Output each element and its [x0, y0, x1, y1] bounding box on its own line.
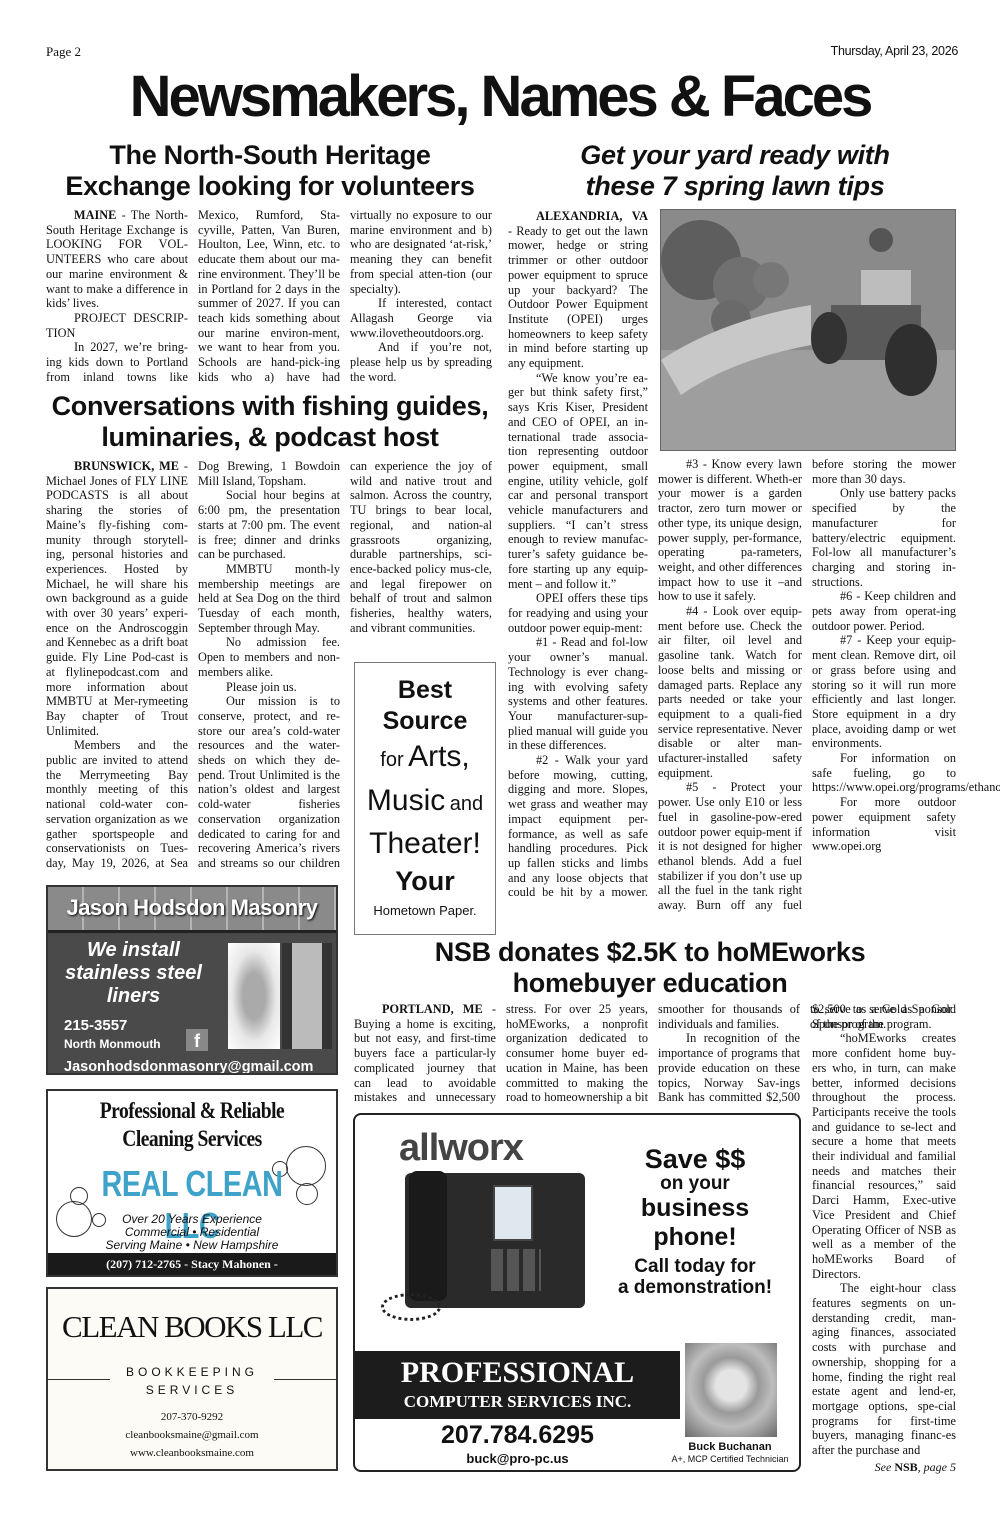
lawn-paragraph: - Ready to get out the lawn mower, hedge…: [508, 224, 648, 370]
pcs-pitch-line: business: [595, 1194, 795, 1223]
lawn-headline: Get your yard ready with these 7 spring …: [505, 140, 965, 202]
fishing-dateline: BRUNSWICK, ME: [74, 459, 179, 473]
real-clean-details: Over 20 Years Experience Commercial • Re…: [48, 1213, 336, 1252]
lawn-paragraph: #6 - Keep children and pets away from op…: [812, 589, 956, 633]
jump-prefix: See: [875, 1460, 895, 1474]
heritage-headline: The North-South Heritage Exchange lookin…: [40, 140, 500, 202]
facebook-icon: f: [186, 1029, 208, 1051]
phone-handset-image: [409, 1171, 447, 1301]
lawn-body: ALEXANDRIA, VA - Ready to get out the la…: [508, 209, 956, 927]
pcs-ad: allworx Save $$ on your business phone! …: [353, 1113, 801, 1472]
clean-books-brand: CLEAN BOOKS LLC: [48, 1309, 336, 1345]
lawn-column-1: ALEXANDRIA, VA - Ready to get out the la…: [508, 209, 648, 927]
best-source-line: Music: [367, 784, 445, 817]
clean-books-email: cleanbooksmaine@gmail.com: [48, 1429, 336, 1441]
pcs-company-line2: COMPUTER SERVICES INC.: [355, 1391, 680, 1413]
best-source-line: Your: [355, 863, 495, 899]
real-clean-contact-bar: (207) 712-2765 - Stacy Mahonen - www.Rea…: [48, 1253, 336, 1275]
fishing-paragraph: MMBTU month-ly membership meetings are h…: [198, 562, 340, 636]
pcs-company-line1: PROFESSIONAL: [355, 1355, 680, 1391]
nsb-headline-line2: homebuyer education: [350, 968, 950, 999]
lawn-paragraph: #1 - Read and fol-low your owner’s manua…: [508, 635, 648, 753]
nsb-jump-line[interactable]: See NSB, page 5: [812, 1460, 956, 1475]
real-clean-ad: Professional & Reliable Cleaning Service…: [46, 1089, 338, 1277]
pcs-phone: 207.784.6295: [355, 1421, 680, 1450]
lawn-paragraph: OPEI offers these tips for readying and …: [508, 591, 648, 635]
lawn-paragraph: “We know you’re ea-ger but think safety …: [508, 371, 648, 592]
technician-title: A+, MCP Certified Technician: [655, 1454, 805, 1464]
lawn-paragraph: For information on safe fueling, go to h…: [812, 751, 956, 795]
phone-screen-image: [493, 1185, 533, 1241]
lawn-columns-2-3: #3 - Know every lawn mower is different.…: [658, 457, 956, 927]
jump-suffix: , page 5: [918, 1460, 956, 1474]
best-source-ad: Best Source for Arts, Music and Theater!…: [354, 662, 496, 935]
chimney-liner-image: [282, 943, 332, 1049]
clean-books-ad: CLEAN BOOKS LLC BOOKKEEPING SERVICES 207…: [46, 1287, 338, 1471]
best-source-line: Best: [355, 675, 495, 705]
fishing-paragraph: - Michael Jones of FLY LINE PODCASTS is …: [46, 459, 188, 738]
fishing-paragraph: Please join us.: [198, 680, 340, 695]
lawn-paragraph: #4 - Look over equip-ment before use. Ch…: [658, 604, 802, 780]
heritage-headline-line2: Exchange looking for volunteers: [40, 171, 500, 202]
page-number: Page 2: [46, 44, 81, 60]
nsb-paragraph: “hoMEworks creates more confident home b…: [812, 1031, 956, 1281]
lawn-paragraph: #2 - Walk your yard before mowing, cutti…: [508, 753, 648, 899]
issue-date: Thursday, April 23, 2026: [831, 44, 958, 58]
best-source-line: and: [450, 793, 483, 815]
nsb-dateline: PORTLAND, ME: [382, 1002, 483, 1016]
nsb-paragraph: The eight-hour class features segments o…: [812, 1281, 956, 1457]
lawn-headline-line1: Get your yard ready with: [505, 140, 965, 171]
pcs-email: buck@pro-pc.us: [355, 1451, 680, 1466]
fishing-paragraph: No admission fee. Open to members and no…: [198, 635, 340, 679]
masonry-phone: 215-3557: [64, 1017, 127, 1034]
pcs-pitch: Save $$ on your business phone! Call tod…: [595, 1145, 795, 1298]
pcs-pitch-line: phone!: [595, 1223, 795, 1252]
real-clean-tagline-line1: Professional & Reliable: [70, 1097, 315, 1125]
lawn-paragraph: For more outdoor power equipment safety …: [812, 795, 956, 854]
clean-books-website: www.cleanbooksmaine.com: [48, 1447, 336, 1459]
lawn-headline-line2: these 7 spring lawn tips: [505, 171, 965, 202]
masonry-email: Jasonhodsdonmasonry@gmail.com: [64, 1059, 313, 1075]
phone-cord-image: [381, 1293, 441, 1321]
jump-slug: NSB: [894, 1460, 917, 1474]
lawn-dateline: ALEXANDRIA, VA: [536, 209, 648, 223]
fishing-paragraph: Social hour begins at 6:00 pm, the prese…: [198, 488, 340, 562]
pcs-pitch-line: Call today for: [595, 1256, 795, 1277]
pcs-pitch-line: a demonstration!: [595, 1277, 795, 1298]
section-title: Newsmakers, Names & Faces: [0, 62, 1000, 132]
clean-books-service: BOOKKEEPING SERVICES: [48, 1363, 336, 1399]
real-clean-tagline-line2: Cleaning Services: [70, 1125, 315, 1153]
best-source-line: Theater!: [355, 825, 495, 863]
heritage-headline-line1: The North-South Heritage: [40, 140, 500, 171]
clean-books-service-line2: SERVICES: [48, 1381, 336, 1399]
heritage-paragraph: - The North-South Heritage Exchange is L…: [46, 208, 188, 310]
clean-books-phone: 207-370-9292: [48, 1411, 336, 1423]
lawn-paragraph: #7 - Keep your equip-ment clean. Remove …: [812, 633, 956, 751]
heritage-body: MAINE - The North-South Heritage Exchang…: [46, 208, 492, 386]
best-source-line: Source: [355, 705, 495, 737]
flexible-liner-image: [228, 943, 280, 1049]
lawn-paragraph: Only use battery packs specified by the …: [812, 486, 956, 589]
best-source-line: Hometown Paper.: [355, 899, 495, 923]
best-source-line: Arts,: [408, 740, 470, 773]
nsb-body-top: PORTLAND, ME - Buying a home is exciting…: [354, 1002, 800, 1105]
heritage-paragraph: PROJECT DESCRIP-TION: [46, 311, 188, 340]
best-source-line: for: [380, 749, 403, 771]
allworx-logo: allworx: [399, 1127, 523, 1170]
nsb-headline: NSB donates $2.5K to hoMEworks homebuyer…: [350, 937, 950, 999]
nsb-body-right: $2,500 to serve as a Gold Sponsor of the…: [812, 1002, 956, 1457]
heritage-paragraph: And if you’re not, please help us by spr…: [350, 340, 492, 384]
masonry-town: North Monmouth: [64, 1037, 161, 1051]
pcs-pitch-line: Save $$: [595, 1145, 795, 1173]
masonry-ad: Jason Hodsdon Masonry We install stainle…: [46, 885, 338, 1075]
heritage-dateline: MAINE: [74, 208, 116, 222]
masonry-slogan: We install stainless steel liners: [56, 939, 211, 1008]
pcs-company-bar: PROFESSIONAL COMPUTER SERVICES INC.: [355, 1351, 680, 1419]
lawn-paragraph: #3 - Know every lawn mower is different.…: [658, 457, 802, 604]
fishing-headline-line2: luminaries, & podcast host: [40, 422, 500, 453]
fishing-headline: Conversations with fishing guides, lumin…: [40, 391, 500, 453]
heritage-paragraph: If interested, contact Allagash George v…: [350, 296, 492, 340]
technician-headshot: [685, 1343, 777, 1437]
pcs-pitch-line: on your: [595, 1173, 795, 1194]
technician-name: Buck Buchanan: [655, 1441, 805, 1453]
real-clean-tagline: Professional & Reliable Cleaning Service…: [70, 1097, 315, 1153]
masonry-title: Jason Hodsdon Masonry: [48, 895, 336, 921]
nsb-headline-line1: NSB donates $2.5K to hoMEworks: [350, 937, 950, 968]
phone-keypad-image: [491, 1249, 541, 1291]
clean-books-service-line1: BOOKKEEPING: [48, 1363, 336, 1381]
real-clean-detail: Serving Maine • New Hampshire: [48, 1239, 336, 1252]
fishing-headline-line1: Conversations with fishing guides,: [40, 391, 500, 422]
